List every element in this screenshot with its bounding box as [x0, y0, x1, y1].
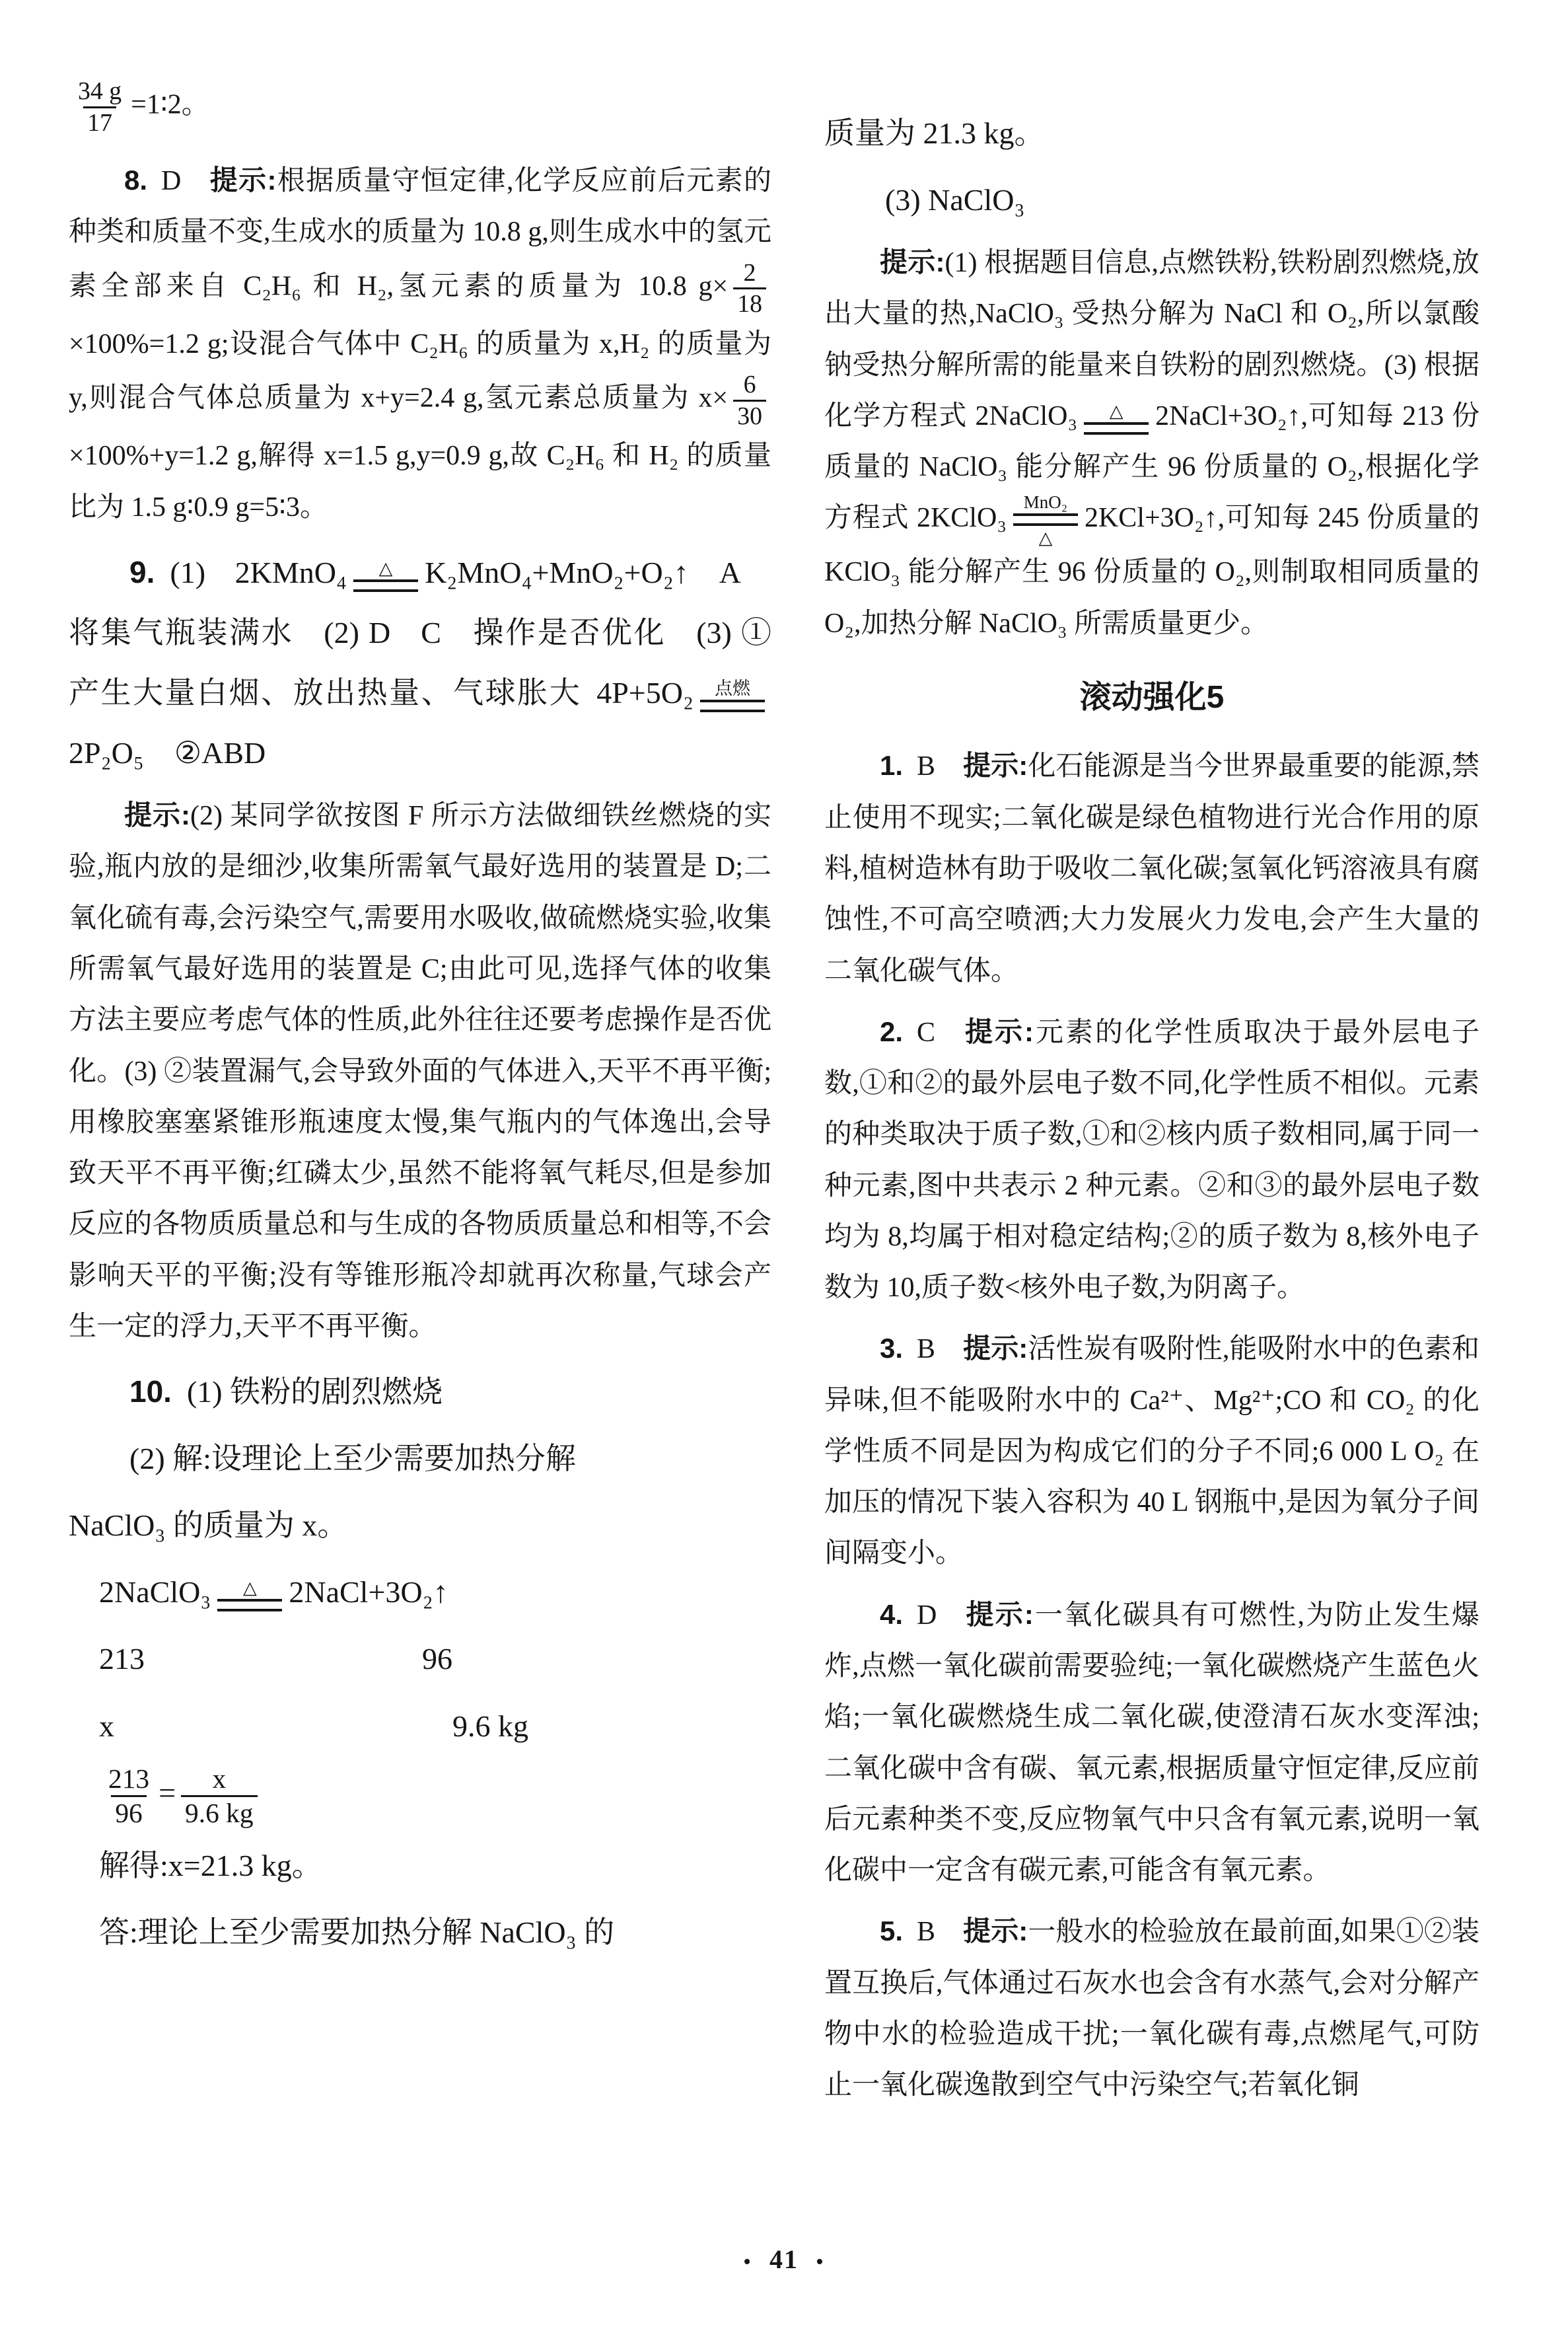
item-9-hint: 提示:(2) 某同学欲按图 F 所示方法做细铁丝燃烧的实验,瓶内放的是细沙,收集… — [69, 790, 771, 1352]
text-run: 2NaClO₃ — [99, 1575, 211, 1609]
condition-above: △ — [243, 1579, 257, 1597]
bold-label: 提示: — [964, 1599, 1033, 1630]
text-run: D — [147, 166, 209, 196]
footer-right-dot: • — [816, 2250, 825, 2274]
right-column: 质量为 21.3 kg。 (3) NaClO₃ 提示:(1) 根据题目信息,点燃… — [824, 103, 1479, 2120]
text-run: (1) 2KMnO₄ — [155, 556, 347, 589]
double-bond-line — [1013, 513, 1078, 526]
reaction-condition-equals: △ — [217, 1579, 282, 1611]
text-run: B — [903, 1334, 963, 1364]
text-run: (2) 解:设理论上至少需要加热分解 — [129, 1442, 576, 1475]
text-run: B — [903, 1917, 963, 1947]
text-run: =1∶2。 — [131, 90, 209, 120]
item-10-answer-line-3: NaClO₃ 的质量为 x。 — [69, 1495, 771, 1555]
text-run: 9.6 kg — [452, 1709, 528, 1743]
bold-label: 10. — [129, 1374, 172, 1409]
condition-above: MnO₂ — [1024, 494, 1067, 511]
fraction-denominator: 18 — [733, 287, 766, 319]
text-run: 2NaCl+3O₂↑ — [289, 1575, 448, 1609]
reaction-condition-equals: MnO₂△ — [1013, 494, 1078, 547]
double-bond-line — [217, 1599, 282, 1611]
bold-label: 提示: — [963, 1333, 1028, 1364]
fraction: x9.6 kg — [181, 1763, 257, 1829]
fraction-numerator: 6 — [740, 370, 760, 400]
rolling-item-4: 4. D 提示:一氧化碳具有可燃性,为防止发生爆炸,点燃一氧化碳前需要验纯;一氧… — [824, 1589, 1479, 1897]
text-run: B — [903, 751, 963, 782]
bold-label: 8. — [124, 165, 147, 196]
text-run: = — [159, 1776, 176, 1810]
text-run: 一氧化碳具有可燃性,为防止发生爆炸,点燃一氧化碳前需要验纯;一氧化碳燃烧产生蓝色… — [824, 1600, 1479, 1886]
rolling-item-1: 1. B 提示:化石能源是当今世界最重要的能源,禁止使用不现实;二氧化碳是绿色植… — [824, 740, 1479, 996]
text-run: 2P₂O₅ ②ABD — [69, 736, 266, 770]
fraction: 630 — [733, 370, 766, 431]
text-run: (1) 铁粉的剧烈燃烧 — [172, 1375, 443, 1409]
fraction-denominator: 17 — [83, 106, 116, 138]
double-bond-line — [353, 579, 418, 592]
reaction-condition-equals: 点燃 — [700, 680, 765, 712]
page-footer: •41• — [0, 2244, 1568, 2275]
condition-below: △ — [1039, 529, 1053, 547]
text-run: 213 — [99, 1642, 145, 1676]
condition-above: 点燃 — [715, 680, 750, 698]
bold-label: 提示: — [963, 1915, 1028, 1946]
rolling-item-3: 3. B 提示:活性炭有吸附性,能吸附水中的色素和异味,但不能吸附水中的 Ca²… — [824, 1323, 1479, 1579]
item-10-answer-sentence-continued: 质量为 21.3 kg。 — [824, 103, 1479, 163]
fraction-numerator: x — [208, 1763, 230, 1795]
bold-label: 提示: — [963, 750, 1028, 781]
condition-above: △ — [1110, 402, 1123, 420]
text-run: x — [99, 1709, 114, 1743]
bold-label: 提示: — [963, 1016, 1034, 1047]
text-run: 化石能源是当今世界最重要的能源,禁止使用不现实;二氧化碳是绿色植物进行光合作用的… — [824, 751, 1479, 986]
page-number: 41 — [769, 2244, 799, 2274]
text-run: 质量为 21.3 kg。 — [824, 116, 1045, 150]
text-run: 96 — [422, 1642, 452, 1676]
item-10-stoich-row-unknown: x9.6 kg — [69, 1696, 771, 1756]
bold-label: 4. — [880, 1599, 903, 1630]
fraction-denominator: 30 — [733, 400, 766, 431]
text-run: C — [903, 1017, 963, 1048]
text-run: (2) 某同学欲按图 F 所示方法做细铁丝燃烧的实验,瓶内放的是细沙,收集所需氧… — [69, 801, 771, 1342]
text-run: D — [903, 1600, 964, 1631]
carryover-fraction-line: 34 g17=1∶2。 — [69, 77, 771, 137]
item-10-proportion: 21396=x9.6 kg — [69, 1763, 771, 1829]
item-10-answer-part-3: (3) NaClO₃ — [824, 170, 1479, 230]
fraction-numerator: 34 g — [74, 77, 125, 106]
item-10-answer-line-1: 10. (1) 铁粉的剧烈燃烧 — [69, 1362, 771, 1422]
text-run: 活性炭有吸附性,能吸附水中的色素和异味,但不能吸附水中的 Ca²⁺、Mg²⁺;C… — [824, 1334, 1479, 1568]
rolling-item-2: 2. C 提示:元素的化学性质取决于最外层电子数,①和②的最外层电子数不同,化学… — [824, 1006, 1479, 1314]
bold-label: 提示: — [124, 799, 190, 830]
fraction-numerator: 2 — [740, 258, 760, 288]
left-column: 34 g17=1∶2。 8. D 提示:根据质量守恒定律,化学反应前后元素的种类… — [69, 77, 771, 1970]
bold-label: 提示: — [209, 165, 276, 196]
fraction: 34 g17 — [74, 77, 125, 137]
fraction: 21396 — [104, 1763, 153, 1829]
text-run: 解得:x=21.3 kg。 — [99, 1849, 322, 1882]
item-10-answer-line-2: (2) 解:设理论上至少需要加热分解 — [69, 1428, 771, 1489]
bold-label: 5. — [880, 1915, 903, 1946]
fraction-denominator: 96 — [111, 1795, 146, 1829]
item-10-chemical-equation: 2NaClO₃△2NaCl+3O₂↑ — [69, 1562, 771, 1622]
condition-above: △ — [379, 560, 393, 577]
reaction-condition-equals: △ — [1084, 402, 1149, 435]
bold-label: 1. — [880, 750, 903, 781]
item-10-hint: 提示:(1) 根据题目信息,点燃铁粉,铁粉剧烈燃烧,放出大量的热,NaClO₃ … — [824, 237, 1479, 649]
double-bond-line — [700, 700, 765, 712]
item-10-answer-sentence: 答:理论上至少需要加热分解 NaClO₃ 的 — [69, 1902, 771, 1962]
reaction-condition-equals: △ — [353, 560, 418, 592]
text-run: NaClO₃ 的质量为 x。 — [69, 1508, 347, 1542]
item-9-answer: 9. (1) 2KMnO₄△K₂MnO₄+MnO₂+O₂↑ A 将集气瓶装满水 … — [69, 542, 771, 783]
fraction-numerator: 213 — [104, 1763, 153, 1795]
bold-label: 9. — [129, 555, 155, 589]
section-heading-rolling-reinforce-5: 滚动强化5 — [824, 679, 1479, 717]
item-10-solve-line: 解得:x=21.3 kg。 — [69, 1835, 771, 1896]
text-run: ×100%+y=1.2 g,解得 x=1.5 g,y=0.9 g,故 C₂H₆ … — [69, 441, 771, 522]
fraction-denominator: 9.6 kg — [181, 1795, 257, 1829]
text-run: 答:理论上至少需要加热分解 NaClO₃ 的 — [99, 1915, 614, 1949]
double-bond-line — [1084, 422, 1149, 435]
bold-label: 2. — [880, 1016, 903, 1047]
text-run: (3) NaClO₃ — [885, 183, 1025, 217]
item-8-answer-and-hint: 8. D 提示:根据质量守恒定律,化学反应前后元素的种类和质量不变,生成水的质量… — [69, 155, 771, 533]
fraction: 218 — [733, 258, 766, 319]
item-10-stoich-row-molar: 21396 — [69, 1629, 771, 1689]
footer-left-dot: • — [743, 2250, 752, 2274]
rolling-item-5: 5. B 提示:一般水的检验放在最前面,如果①②装置互换后,气体通过石灰水也会含… — [824, 1905, 1479, 2111]
bold-label: 3. — [880, 1333, 903, 1364]
bold-label: 提示: — [880, 246, 944, 277]
text-run: 元素的化学性质取决于最外层电子数,①和②的最外层电子数不同,化学性质不相似。元素… — [824, 1017, 1479, 1303]
text-run: ×100%=1.2 g;设混合气体中 C₂H₆ 的质量为 x,H₂ 的质量为 y… — [69, 329, 771, 414]
